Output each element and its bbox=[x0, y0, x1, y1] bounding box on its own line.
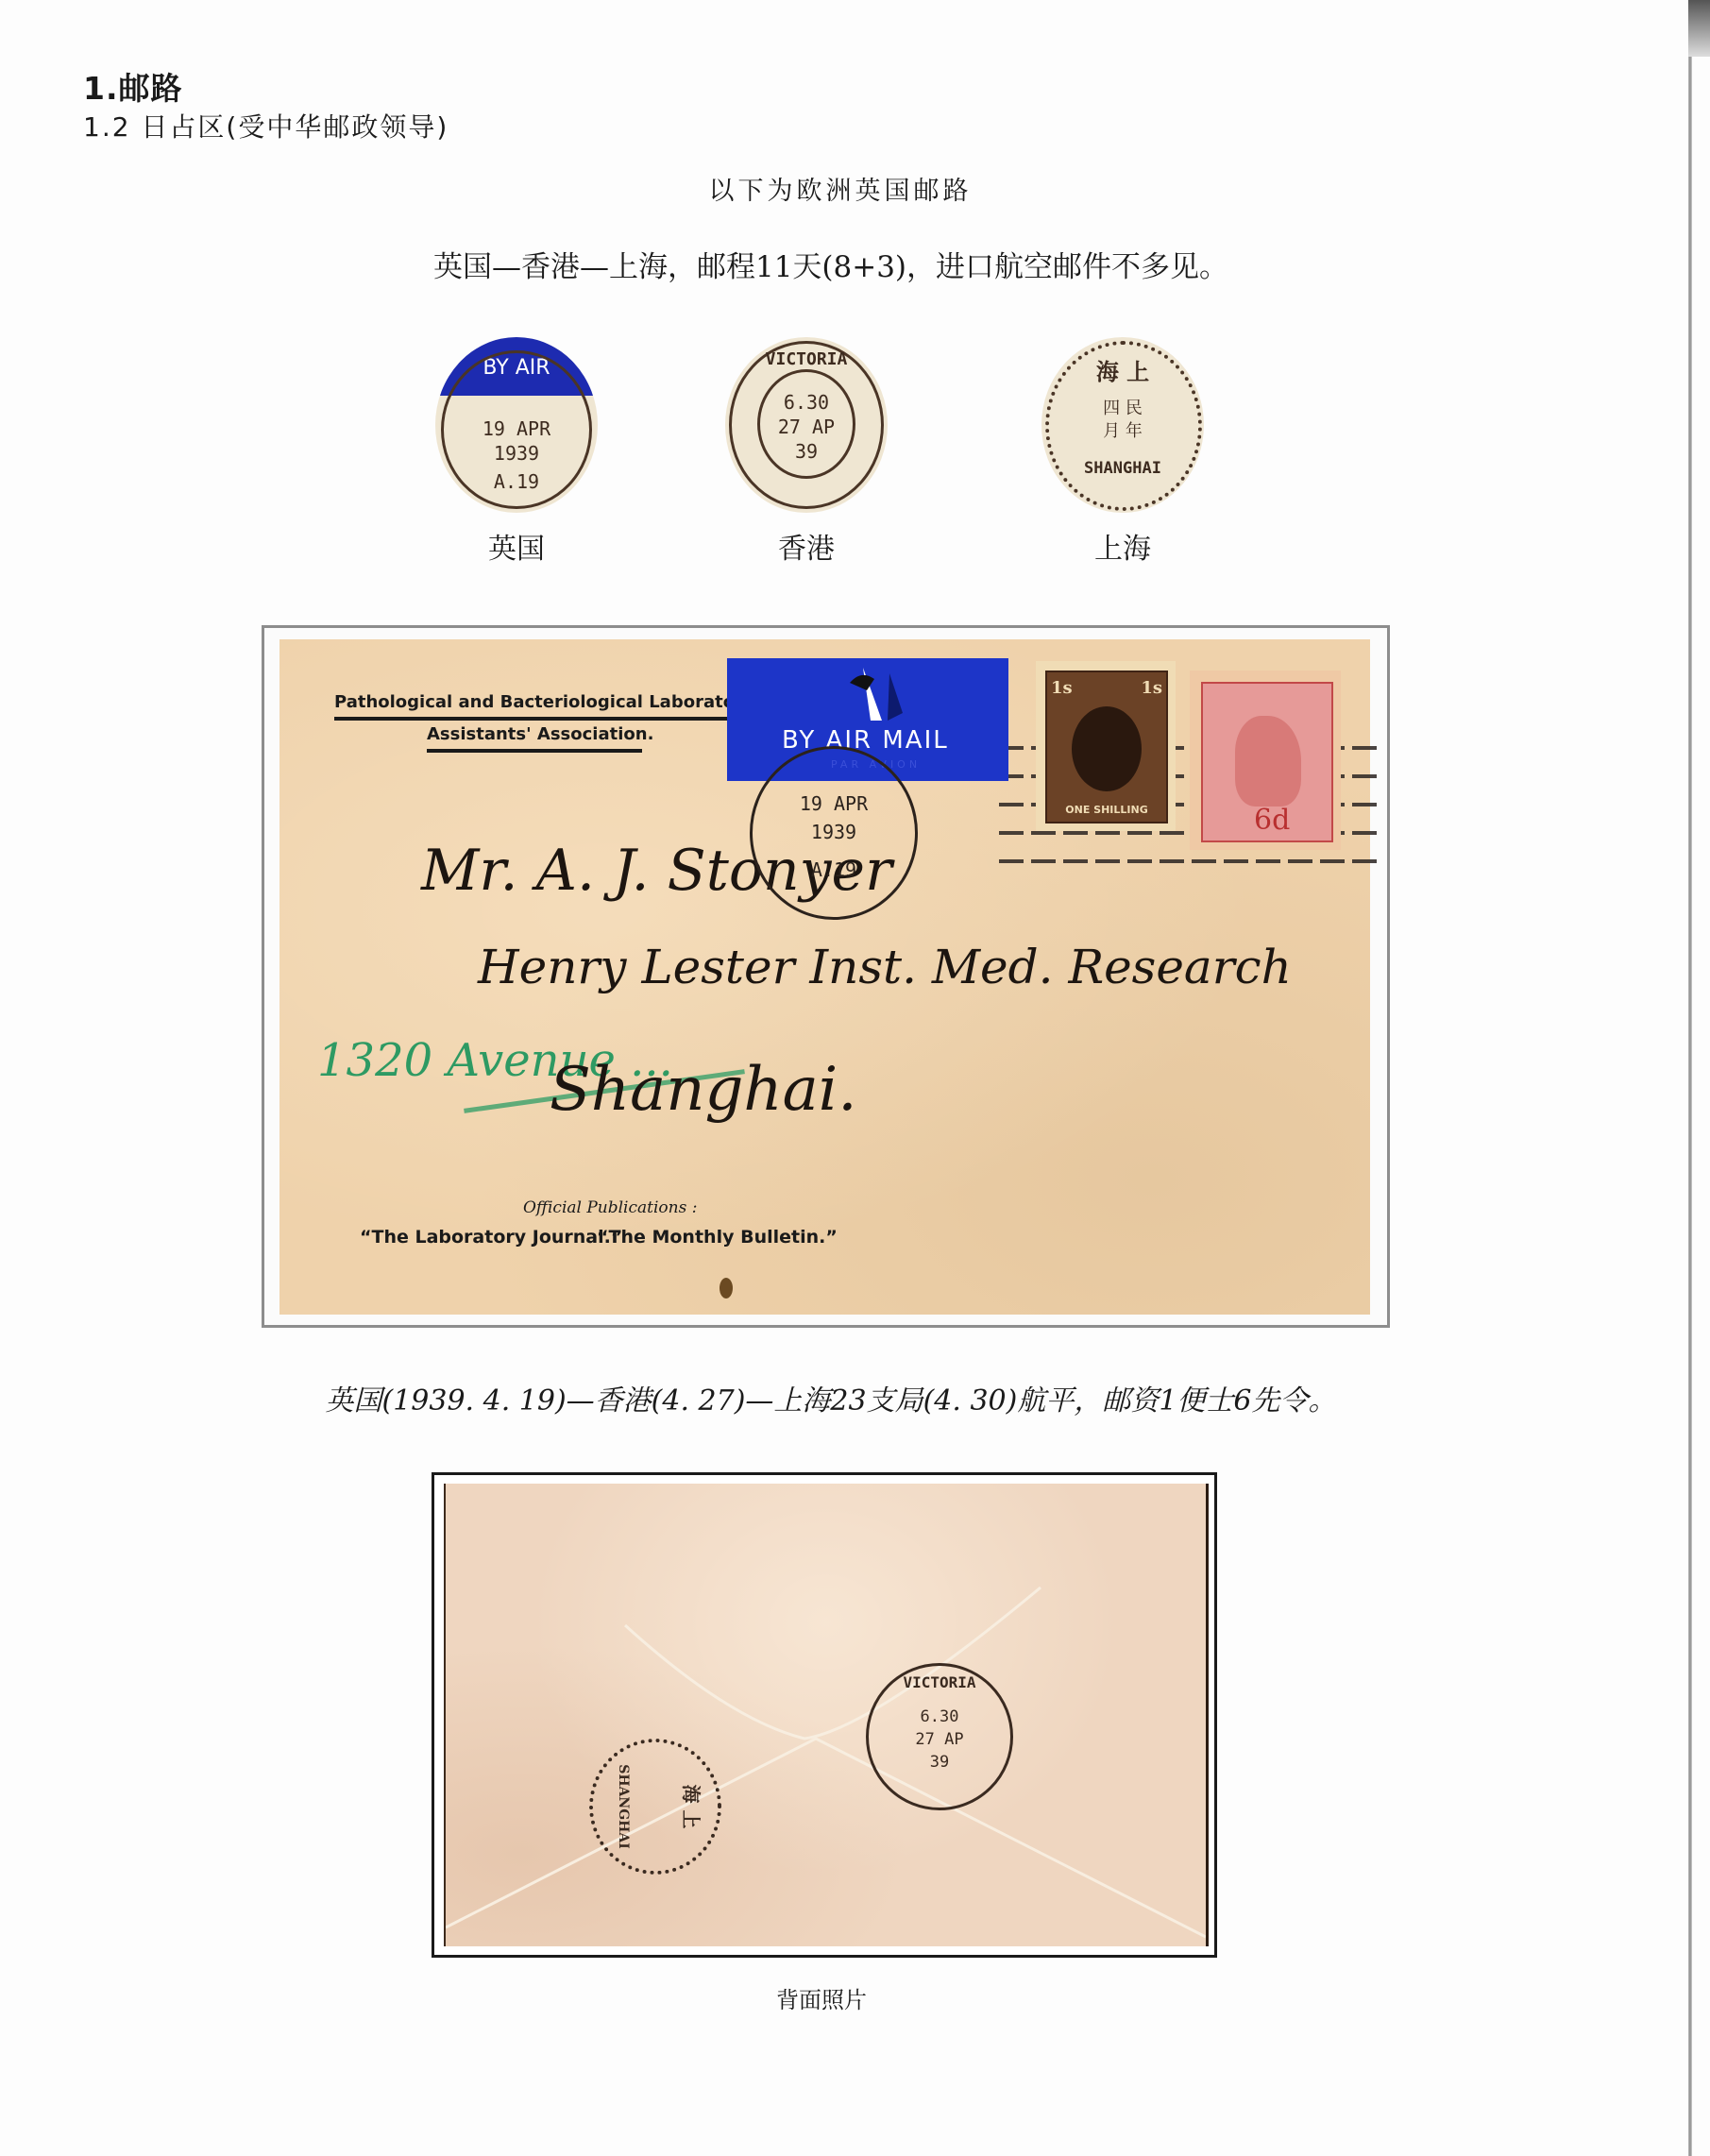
uk-cancel: 19 APR 1939 A.19 bbox=[750, 746, 918, 920]
address-line-3: Shanghai. bbox=[550, 1055, 857, 1125]
back-cover-caption: 背面照片 bbox=[0, 1981, 1643, 2014]
postmark-uk-label: 英国 bbox=[435, 525, 598, 567]
machine-cancel-line bbox=[999, 859, 1377, 863]
publication-2: “The Monthly Bulletin.” bbox=[597, 1227, 838, 1248]
sender-line-1: Pathological and Bacteriological Laborat… bbox=[334, 692, 735, 712]
underline-1 bbox=[334, 717, 729, 721]
wing-icon bbox=[850, 666, 916, 726]
address-line-2: Henry Lester Inst. Med. Research bbox=[478, 940, 1292, 994]
section-heading: 1.邮路 bbox=[83, 64, 183, 109]
shanghai-backstamp: 海 上 SHANGHAI bbox=[589, 1739, 721, 1875]
page-edge-shadow bbox=[1688, 0, 1710, 57]
route-summary: 英国—香港—上海，邮程11天(8+3)，进口航空邮件不多见。 bbox=[0, 243, 1662, 285]
underline-2 bbox=[427, 749, 642, 753]
postmark-uk: BY AIR 19 APR 1939 A.19 bbox=[435, 337, 598, 513]
official-publications-heading: Official Publications : bbox=[523, 1198, 697, 1217]
stamp-one-shilling: 1s 1s ONE SHILLING bbox=[1036, 661, 1176, 831]
envelope-flap-lines bbox=[446, 1484, 1206, 1946]
postmark-shanghai: 海 上 四 民 月 年 SHANGHAI bbox=[1041, 337, 1204, 513]
front-cover-caption: 英国(1939. 4. 19)—香港(4. 27)—上海23支局(4. 30)航… bbox=[0, 1377, 1662, 1418]
stain bbox=[720, 1278, 733, 1299]
subsection-heading: 1.2 日占区(受中华邮政领导) bbox=[83, 107, 449, 144]
hongkong-backstamp: VICTORIA 6.30 27 AP 39 bbox=[866, 1663, 1013, 1810]
back-cover-envelope: VICTORIA 6.30 27 AP 39 海 上 SHANGHAI bbox=[444, 1484, 1209, 1946]
page-edge bbox=[1688, 0, 1692, 2156]
sender-line-2: Assistants' Association. bbox=[427, 724, 653, 744]
postmark-hongkong-label: 香港 bbox=[725, 525, 888, 567]
king-portrait bbox=[1235, 716, 1301, 806]
publication-1: “The Laboratory Journal.” bbox=[360, 1227, 622, 1248]
postmark-hongkong: VICTORIA 6.30 27 AP 39 bbox=[725, 337, 888, 513]
king-portrait bbox=[1072, 706, 1142, 791]
stamp-six-pence: 6d bbox=[1190, 671, 1341, 850]
route-subtitle: 以下为欧洲英国邮路 bbox=[0, 170, 1681, 207]
postmark-shanghai-label: 上海 bbox=[1041, 525, 1204, 567]
